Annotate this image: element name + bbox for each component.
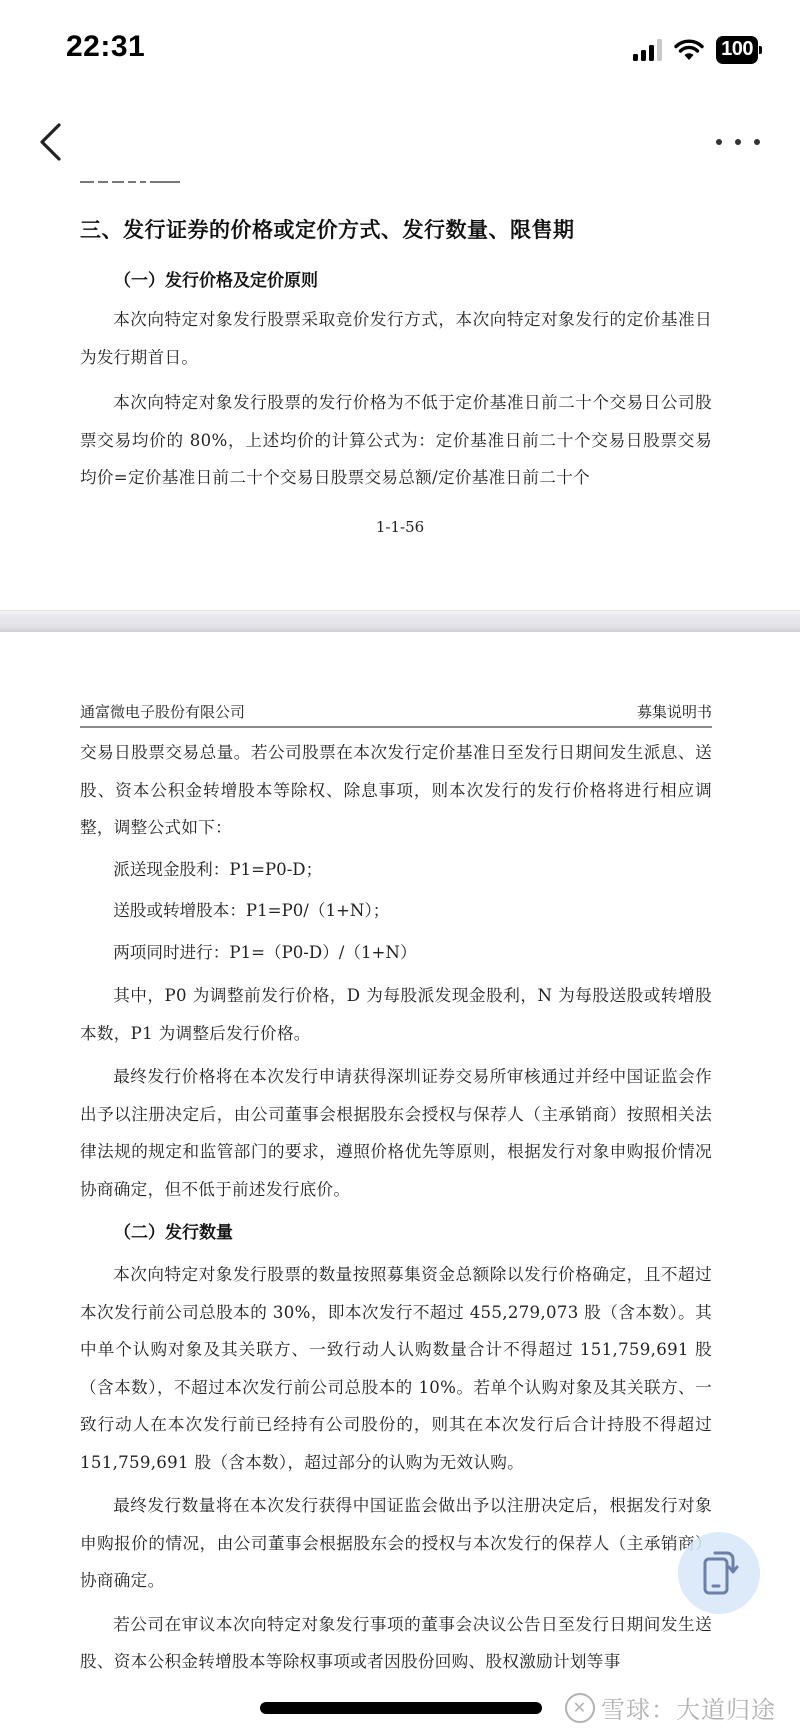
paragraph-variable-definitions: 其中，P0 为调整前发行价格，D 为每股派发现金股利，N 为每股送股或转增股本数… xyxy=(80,977,712,1052)
paragraph-pricing-method: 本次向特定对象发行股票采取竞价发行方式，本次向特定对象发行的定价基准日为发行期首… xyxy=(80,301,712,376)
back-button[interactable] xyxy=(30,118,70,166)
document-page-1: 三、发行证券的价格或定价方式、发行数量、限售期 （一）发行价格及定价原则 本次向… xyxy=(0,174,800,612)
paragraph-quantity-adjustment: 若公司在审议本次向特定对象发行事项的董事会决议公告日至发行日期间发生送股、资本公… xyxy=(80,1606,712,1681)
xueqiu-logo-icon: ✕ xyxy=(565,1693,595,1723)
home-indicator[interactable] xyxy=(260,1702,542,1714)
paragraph-issue-quantity: 本次向特定对象发行股票的数量按照募集资金总额除以发行价格确定，且不超过本次发行前… xyxy=(80,1256,712,1481)
header-document-type: 募集说明书 xyxy=(637,701,712,722)
cropped-text-line xyxy=(80,174,200,186)
battery-icon: 100 xyxy=(716,36,762,64)
document-header: 通富微电子股份有限公司 募集说明书 xyxy=(80,694,712,728)
formula-both: 两项同时进行：P1=（P0-D）/（1+N） xyxy=(80,934,712,972)
header-company-name: 通富微电子股份有限公司 xyxy=(80,701,245,722)
status-icons: 100 xyxy=(633,36,762,64)
page-number: 1-1-56 xyxy=(0,518,800,536)
page-1-content: 三、发行证券的价格或定价方式、发行数量、限售期 （一）发行价格及定价原则 本次向… xyxy=(80,214,712,497)
paragraph-final-quantity: 最终发行数量将在本次发行获得中国证监会做出予以注册决定后，根据发行对象申购报价的… xyxy=(80,1487,712,1600)
rotate-screen-icon xyxy=(699,1550,739,1596)
chevron-left-icon xyxy=(37,122,63,162)
ellipsis-icon xyxy=(716,139,722,145)
nav-bar xyxy=(0,110,800,174)
watermark-text: 雪球：大道归途 xyxy=(601,1690,776,1725)
more-options-button[interactable] xyxy=(716,128,760,156)
cellular-signal-icon xyxy=(633,39,662,61)
battery-level: 100 xyxy=(716,36,758,64)
subsection-title-quantity: （二）发行数量 xyxy=(80,1218,712,1248)
wifi-icon xyxy=(674,39,704,61)
page-2-content: 交易日股票交易总量。若公司股票在本次发行定价基准日至发行日期间发生派息、送股、资… xyxy=(80,734,712,1681)
page-separator xyxy=(0,610,800,632)
status-bar: 22:31 100 xyxy=(0,0,800,100)
rotate-screen-button[interactable] xyxy=(678,1532,760,1614)
status-time: 22:31 xyxy=(66,30,145,64)
formula-cash-dividend: 派送现金股利：P1=P0-D； xyxy=(80,851,712,889)
formula-bonus-shares: 送股或转增股本：P1=P0/（1+N）； xyxy=(80,892,712,930)
paragraph-final-price: 最终发行价格将在本次发行申请获得深圳证券交易所审核通过并经中国证监会作出予以注册… xyxy=(80,1058,712,1208)
paragraph-adjustment-intro: 交易日股票交易总量。若公司股票在本次发行定价基准日至发行日期间发生派息、送股、资… xyxy=(80,734,712,847)
subsection-title-pricing: （一）发行价格及定价原则 xyxy=(80,266,712,291)
watermark: ✕ 雪球：大道归途 xyxy=(565,1690,776,1725)
paragraph-pricing-formula: 本次向特定对象发行股票的发行价格为不低于定价基准日前二十个交易日公司股票交易均价… xyxy=(80,384,712,497)
section-title: 三、发行证券的价格或定价方式、发行数量、限售期 xyxy=(80,214,712,244)
